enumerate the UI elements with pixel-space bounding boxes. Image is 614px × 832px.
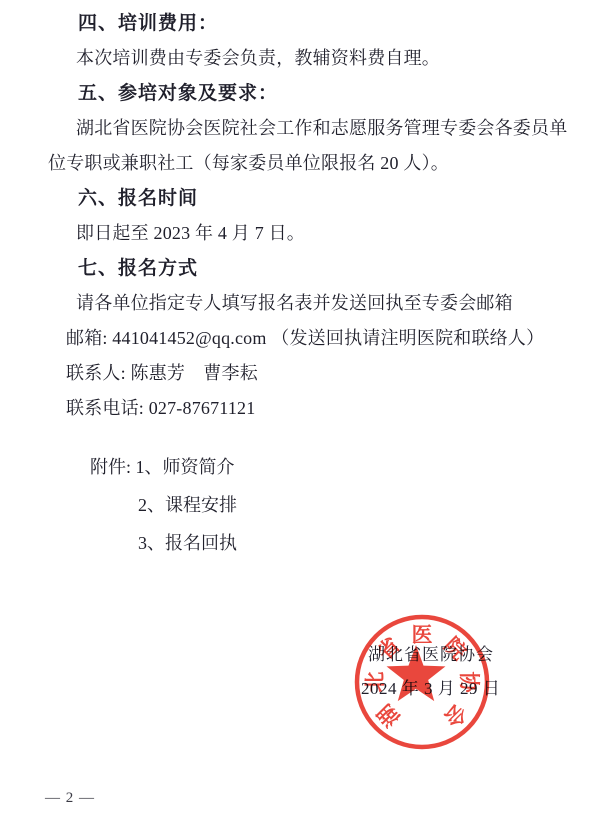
- section-5-paragraph: 湖北省医院协会医院社会工作和志愿服务管理专委会各委员单位专职或兼职社工（每家委员…: [48, 111, 578, 181]
- section-heading-4: 四、培训费用：: [48, 6, 578, 41]
- svg-text:北: 北: [364, 672, 387, 693]
- page-number: — 2 —: [45, 790, 95, 807]
- attachment-item-3: 3、报名回执: [138, 526, 578, 561]
- attachments-block: 附件: 1、师资简介 2、课程安排 3、报名回执: [48, 450, 578, 561]
- svg-text:湖: 湖: [374, 699, 405, 730]
- attachment-item-1: 附件: 1、师资简介: [48, 450, 578, 485]
- section-heading-6: 六、报名时间: [48, 181, 578, 216]
- email-line: 邮箱: 441041452@qq.com （发送回执请注明医院和联络人）: [48, 321, 578, 356]
- contact-phone-line: 联系电话: 027-87671121: [48, 391, 578, 426]
- section-heading-5: 五、参培对象及要求：: [48, 76, 578, 111]
- svg-text:医: 医: [412, 624, 433, 647]
- attachment-item-2: 2、课程安排: [138, 488, 578, 523]
- svg-text:院: 院: [439, 634, 470, 665]
- svg-text:协: 协: [457, 672, 481, 694]
- section-7-paragraph: 请各单位指定专人填写报名表并发送回执至专委会邮箱: [48, 286, 578, 321]
- contact-person-line: 联系人: 陈惠芳 曹李耘: [48, 356, 578, 391]
- section-heading-7: 七、报名方式: [48, 251, 578, 286]
- document-body: 四、培训费用： 本次培训费由专委会负责，教辅资料费自理。 五、参培对象及要求： …: [0, 0, 614, 561]
- document-page: 四、培训费用： 本次培训费由专委会负责，教辅资料费自理。 五、参培对象及要求： …: [0, 0, 614, 832]
- official-seal: 湖北省医院协会: [352, 612, 492, 752]
- section-6-paragraph: 即日起至 2023 年 4 月 7 日。: [48, 216, 578, 251]
- section-4-paragraph: 本次培训费由专委会负责，教辅资料费自理。: [48, 41, 578, 76]
